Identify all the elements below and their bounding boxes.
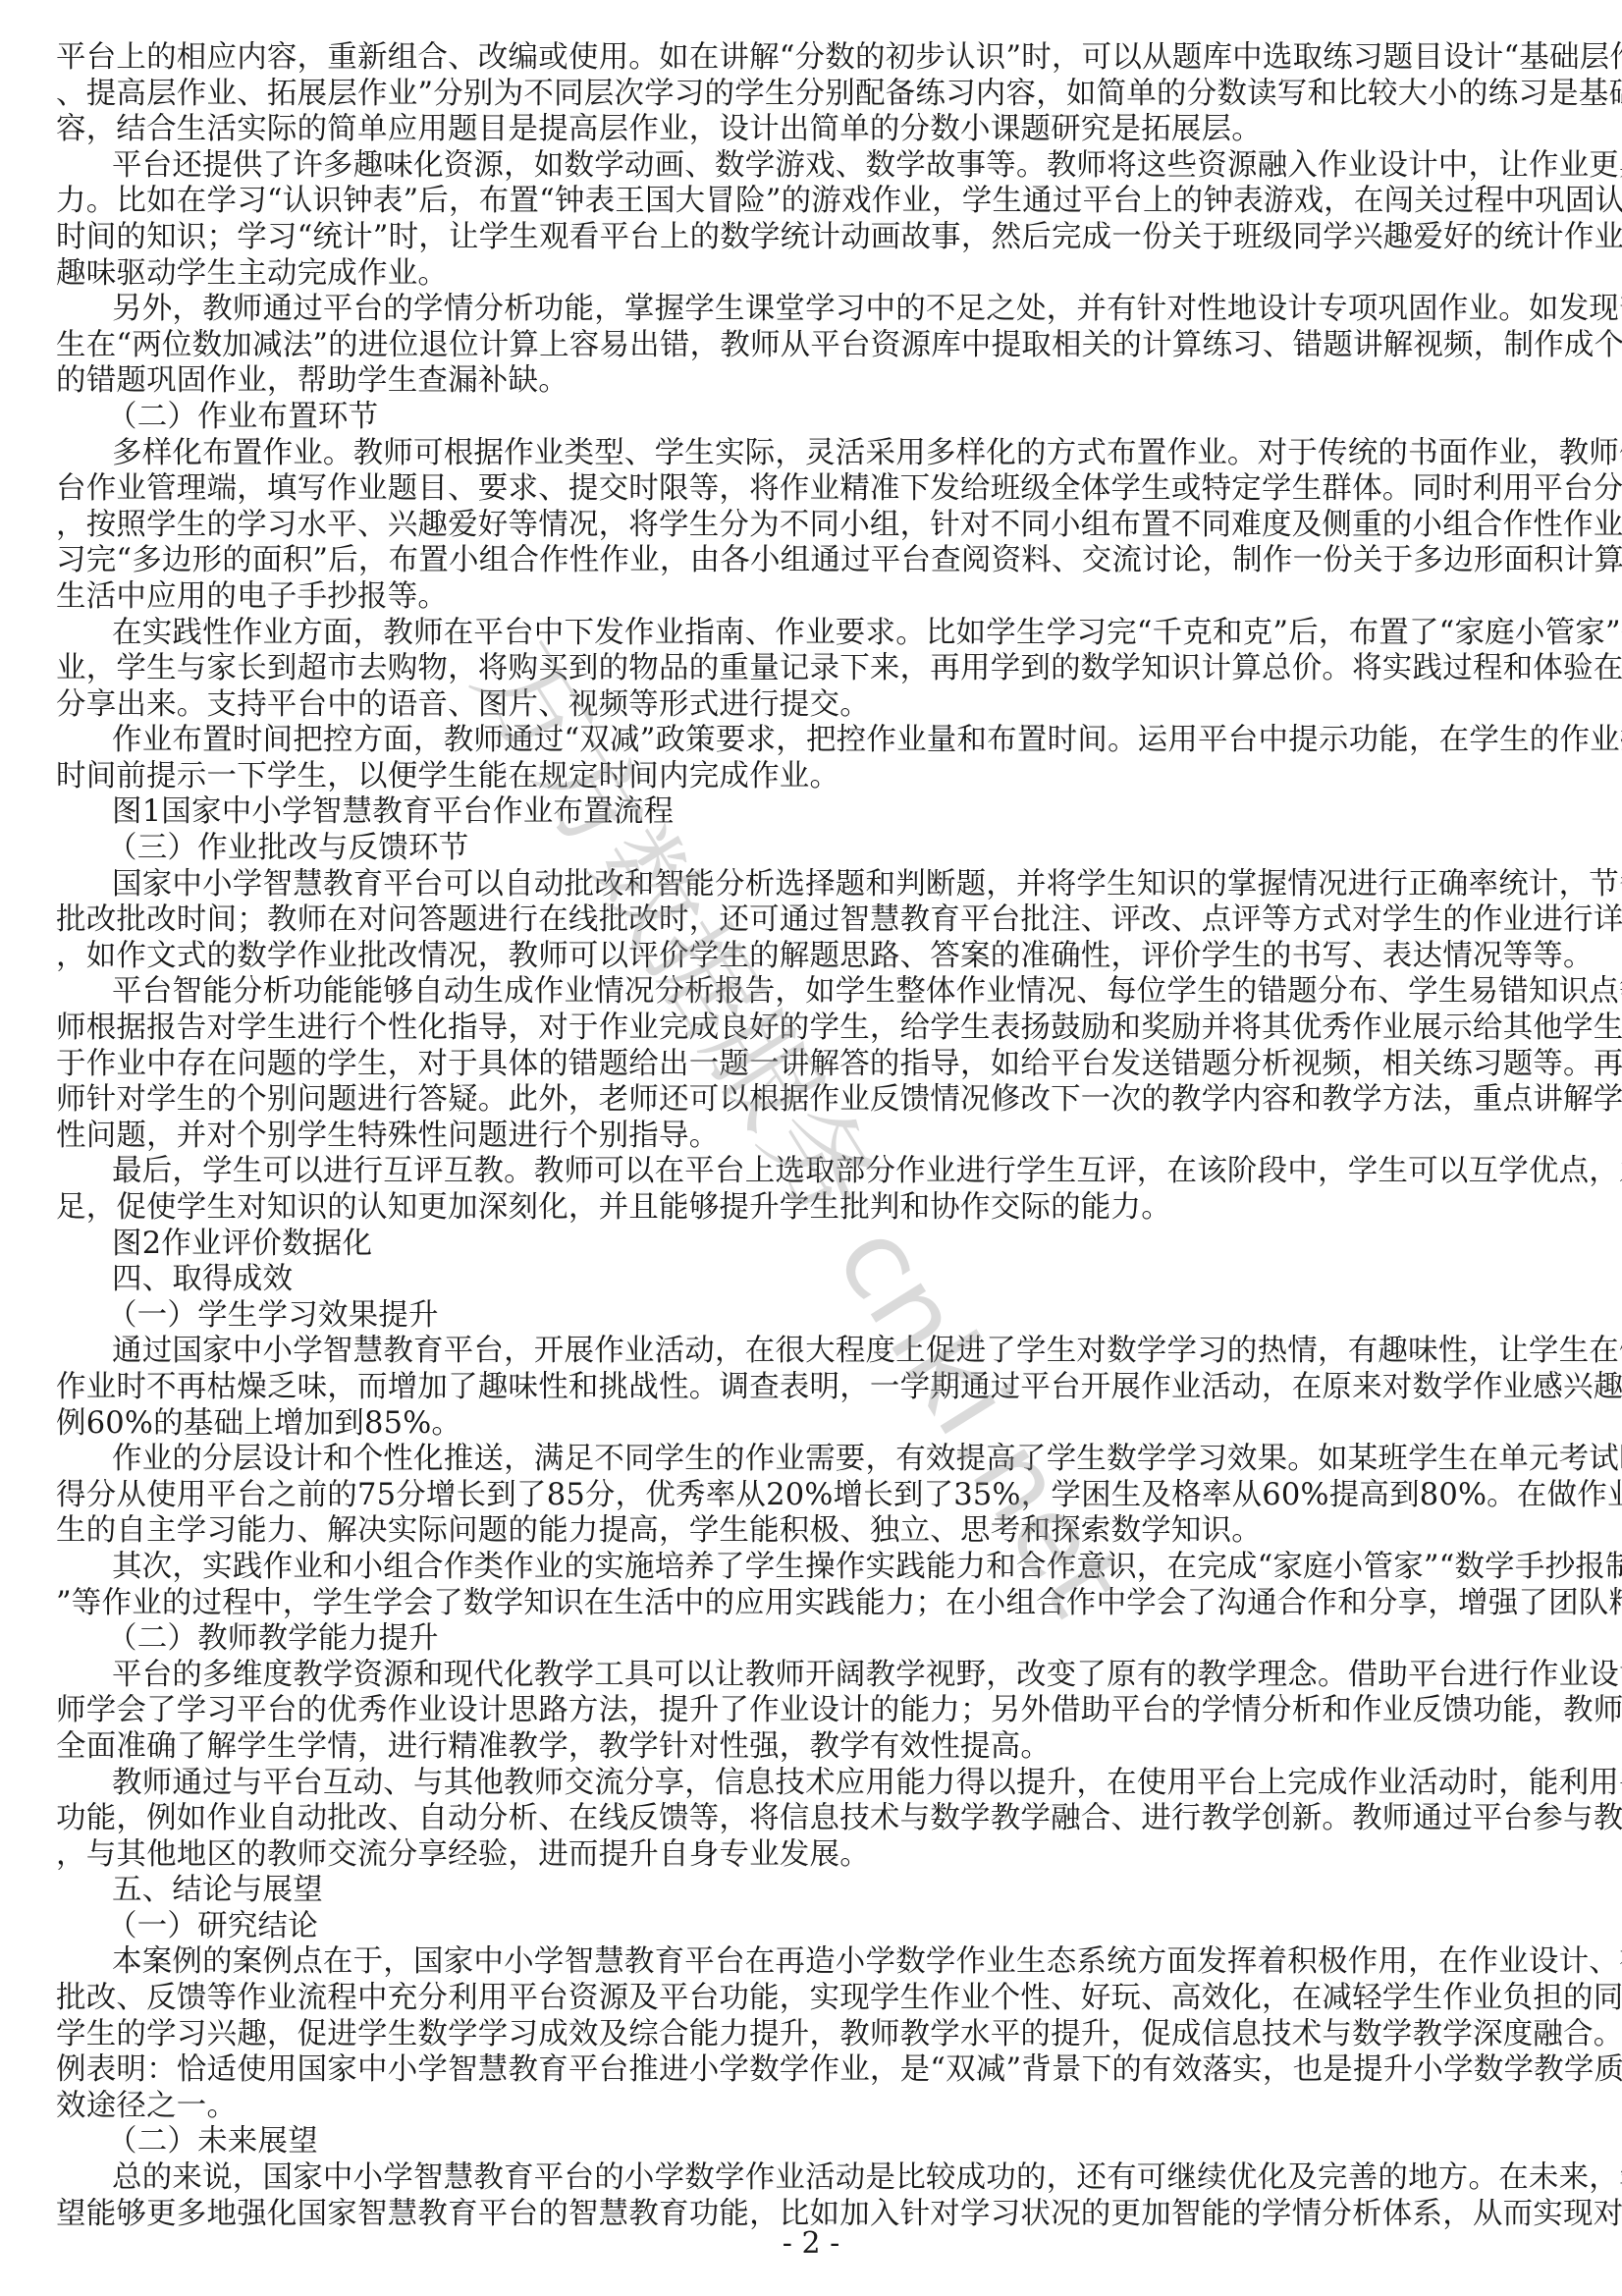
text-line: 例表明：恰适使用国家中小学智慧教育平台推进小学数学作业，是“双减”背景下的有效落… — [56, 2052, 1452, 2089]
text-line: 、提高层作业、拓展层作业”分别为不同层次学习的学生分别配备练习内容，如简单的分数… — [56, 77, 1452, 113]
text-line: ”等作业的过程中，学生学会了数学知识在生活中的应用实践能力；在小组合作中学会了沟… — [56, 1586, 1452, 1622]
paragraph-last-line: 足，促使学生对知识的认知更加深刻化，并且能够提升学生批判和协作交际的能力。 — [56, 1190, 1452, 1227]
paragraph-first-line: 本案例的案例点在于，国家中小学智慧教育平台在再造小学数学作业生态系统方面发挥着积… — [56, 1944, 1452, 1981]
text-line: 力。比如在学习“认识钟表”后，布置“钟表王国大冒险”的游戏作业，学生通过平台上的… — [56, 184, 1452, 220]
subsection-heading: （二）教师教学能力提升 — [56, 1621, 1452, 1658]
figure-caption: 图2作业评价数据化 — [56, 1227, 1452, 1263]
paragraph-first-line: 平台还提供了许多趣味化资源，如数学动画、数学游戏、数学故事等。教师将这些资源融入… — [56, 148, 1452, 185]
paragraph-last-line: 生的自主学习能力、解决实际问题的能力提高，学生能积极、独立、思考和探索数学知识。 — [56, 1513, 1452, 1550]
text-line: 作业时不再枯燥乏味，而增加了趣味性和挑战性。调查表明，一学期通过平台开展作业活动… — [56, 1370, 1452, 1406]
subsection-heading: （一）研究结论 — [56, 1909, 1452, 1945]
paragraph-first-line: 在实践性作业方面，教师在平台中下发作业指南、作业要求。比如学生学习完“千克和克”… — [56, 616, 1452, 652]
paragraph-last-line: 时间前提示一下学生，以便学生能在规定时间内完成作业。 — [56, 759, 1452, 795]
paragraph-last-line: 性问题，并对个别学生特殊性问题进行个别指导。 — [56, 1119, 1452, 1155]
paragraph-last-line: 容，结合生活实际的简单应用题目是提高层作业，设计出简单的分数小课题研究是拓展层。 — [56, 112, 1452, 148]
text-line: 于作业中存在问题的学生，对于具体的错题给出一题一讲解答的指导，如给平台发送错题分… — [56, 1047, 1452, 1083]
text-line: 生在“两位数加减法”的进位退位计算上容易出错，教师从平台资源库中提取相关的计算练… — [56, 328, 1452, 364]
section-heading: 四、取得成效 — [56, 1262, 1452, 1298]
paragraph-first-line: 其次，实践作业和小组合作类作业的实施培养了学生操作实践能力和合作意识，在完成“家… — [56, 1550, 1452, 1586]
subsection-heading: （二）作业布置环节 — [56, 400, 1452, 436]
paragraph-first-line: 总的来说，国家中小学智慧教育平台的小学数学作业活动是比较成功的，还有可继续优化及… — [56, 2160, 1452, 2197]
text-line: 学生的学习兴趣，促进学生数学学习成效及综合能力提升，教师教学水平的提升，促成信息… — [56, 2017, 1452, 2053]
text-line: 得分从使用平台之前的75分增长到了85分，优秀率从20%增长到了35%，学困生及… — [56, 1478, 1452, 1514]
subsection-heading: （三）作业批改与反馈环节 — [56, 831, 1452, 867]
subsection-heading: （一）学生学习效果提升 — [56, 1298, 1452, 1335]
paragraph-last-line: ，与其他地区的教师交流分享经验，进而提升自身专业发展。 — [56, 1837, 1452, 1874]
paragraph-first-line: 最后，学生可以进行互评互教。教师可以在平台上选取部分作业进行学生互评，在该阶段中… — [56, 1154, 1452, 1190]
text-line: ，按照学生的学习水平、兴趣爱好等情况，将学生分为不同小组，针对不同小组布置不同难… — [56, 508, 1452, 544]
document-page: 平台上的相应内容，重新组合、改编或使用。如在讲解“分数的初步认识”时，可以从题库… — [56, 40, 1452, 2232]
paragraph-first-line: 通过国家中小学智慧教育平台，开展作业活动，在很大程度上促进了学生对数学学习的热情… — [56, 1334, 1452, 1370]
paragraph-first-line: 作业布置时间把控方面，教师通过“双减”政策要求，把控作业量和布置时间。运用平台中… — [56, 723, 1452, 759]
paragraph-first-line: 平台的多维度教学资源和现代化教学工具可以让教师开阔教学视野，改变了原有的教学理念… — [56, 1658, 1452, 1694]
text-line: 批改批改时间；教师在对问答题进行在线批改时，还可通过智慧教育平台批注、评改、点评… — [56, 902, 1452, 939]
text-line: 师学会了学习平台的优秀作业设计思路方法，提升了作业设计的能力；另外借助平台的学情… — [56, 1693, 1452, 1729]
figure-caption: 图1国家中小学智慧教育平台作业布置流程 — [56, 794, 1452, 831]
text-line: 台作业管理端，填写作业题目、要求、提交时限等，将作业精准下发给班级全体学生或特定… — [56, 471, 1452, 508]
section-heading: 五、结论与展望 — [56, 1873, 1452, 1909]
paragraph-last-line: 例60%的基础上增加到85%。 — [56, 1406, 1452, 1443]
paragraph-first-line: 国家中小学智慧教育平台可以自动批改和智能分析选择题和判断题，并将学生知识的掌握情… — [56, 867, 1452, 903]
page-number: - 2 - — [0, 2226, 1622, 2262]
text-line: 功能，例如作业自动批改、自动分析、在线反馈等，将信息技术与数学教学融合、进行教学… — [56, 1801, 1452, 1837]
paragraph-last-line: 趣味驱动学生主动完成作业。 — [56, 256, 1452, 293]
text-line: 批改、反馈等作业流程中充分利用平台资源及平台功能，实现学生作业个性、好玩、高效化… — [56, 1981, 1452, 2017]
paragraph-last-line: 全面准确了解学生学情，进行精准教学，教学针对性强，教学有效性提高。 — [56, 1729, 1452, 1766]
subsection-heading: （二）未来展望 — [56, 2124, 1452, 2160]
text-line: 习完“多边形的面积”后，布置小组合作性作业，由各小组通过平台查阅资料、交流讨论，… — [56, 543, 1452, 579]
text-line: 平台上的相应内容，重新组合、改编或使用。如在讲解“分数的初步认识”时，可以从题库… — [56, 40, 1452, 77]
paragraph-last-line: 分享出来。支持平台中的语音、图片、视频等形式进行提交。 — [56, 687, 1452, 724]
paragraph-last-line: 生活中应用的电子手抄报等。 — [56, 579, 1452, 616]
text-line: 师根据报告对学生进行个性化指导，对于作业完成良好的学生，给学生表扬鼓励和奖励并将… — [56, 1011, 1452, 1047]
paragraph-last-line: 的错题巩固作业，帮助学生查漏补缺。 — [56, 363, 1452, 400]
paragraph-first-line: 多样化布置作业。教师可根据作业类型、学生实际，灵活采用多样化的方式布置作业。对于… — [56, 436, 1452, 472]
paragraph-last-line: 效途径之一。 — [56, 2089, 1452, 2125]
paragraph-first-line: 平台智能分析功能能够自动生成作业情况分析报告，如学生整体作业情况、每位学生的错题… — [56, 974, 1452, 1011]
text-line: 师针对学生的个别问题进行答疑。此外，老师还可以根据作业反馈情况修改下一次的教学内… — [56, 1082, 1452, 1119]
paragraph-first-line: 另外，教师通过平台的学情分析功能，掌握学生课堂学习中的不足之处，并有针对性地设计… — [56, 292, 1452, 328]
paragraph-first-line: 教师通过与平台互动、与其他教师交流分享，信息技术应用能力得以提升，在使用平台上完… — [56, 1766, 1452, 1802]
text-line: 业，学生与家长到超市去购物，将购买到的物品的重量记录下来，再用学到的数学知识计算… — [56, 651, 1452, 687]
text-line: 时间的知识；学习“统计”时，让学生观看平台上的数学统计动画故事，然后完成一份关于… — [56, 220, 1452, 256]
paragraph-last-line: ，如作文式的数学作业批改情况，教师可以评价学生的解题思路、答案的准确性，评价学生… — [56, 939, 1452, 975]
paragraph-first-line: 作业的分层设计和个性化推送，满足不同学生的作业需要，有效提高了学生数学学习效果。… — [56, 1442, 1452, 1478]
